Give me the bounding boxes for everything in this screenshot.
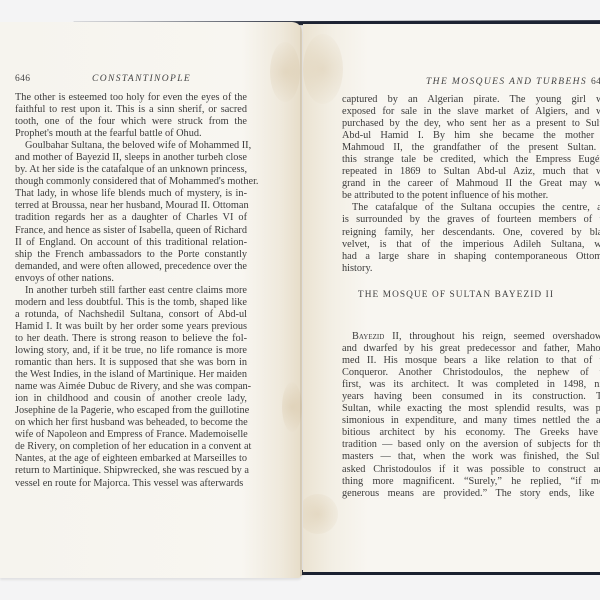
text-line: romantic than hers. It is supposed that … (15, 357, 247, 369)
left-page-body: The other is esteemed too holy for even … (15, 92, 247, 490)
text-line: Nantes, at the age of eighteen embarked … (15, 453, 247, 465)
right-page: THE MOSQUES AND TURBEHS 647 captured by … (303, 24, 600, 572)
text-line: the West Indies, in the island of Martin… (15, 369, 247, 381)
text-line: tradition regards her as a daughter of C… (15, 212, 247, 224)
text-line: is surrounded by the graves of fourteen … (342, 214, 600, 226)
text-line: be attributed to the potent influence of… (342, 190, 600, 202)
text-line: The other is esteemed too holy for even … (15, 92, 247, 104)
text-line: history. (342, 263, 600, 275)
text-line: by. At her side is the catafalque of an … (15, 164, 247, 176)
text-line: Sultan, while exacting the most splendid… (342, 403, 600, 415)
text-line: Josephine de la Pagerie, who escaped fro… (15, 405, 247, 417)
text-line: The catafalque of the Sultana occupies t… (342, 202, 600, 214)
text-line: Prophet's mouth at the fearful battle of… (15, 128, 247, 140)
left-page-number: 646 (15, 74, 30, 84)
open-book-scene: 646 CONSTANTINOPLE The other is esteemed… (0, 0, 600, 600)
text-line: this strange tale be credited, which the… (342, 154, 600, 166)
text-line: Bayezid II, throughout his reign, seemed… (342, 331, 600, 343)
text-line: reigning family, her descendants. One, c… (342, 227, 600, 239)
foxing-stain (270, 42, 300, 102)
text-line: and dwarfed by his great predecessor and… (342, 343, 600, 355)
text-line: Conqueror. Another Christodoulos, the ne… (342, 367, 600, 379)
text-line: name was Aimée Dubuc de Rivery, and she … (15, 381, 247, 393)
text-line: exposed for sale in the slave market of … (342, 106, 600, 118)
running-title-text: THE MOSQUES AND TURBEHS (426, 77, 587, 87)
text-line: demanded, and were often allowed, preced… (15, 261, 247, 273)
text-line: Goulbahar Sultana, the beloved wife of M… (15, 140, 247, 152)
text-line: and mother of Bayezid II, sleeps in anot… (15, 152, 247, 164)
text-line: Hamid I. It was built by her order some … (15, 321, 247, 333)
text-line: lowing story, and, if it be true, no lif… (15, 345, 247, 357)
text-line: II of England. On account of this tradit… (15, 237, 247, 249)
text-line: generous means are provided.” The story … (342, 488, 600, 500)
text-line: captured by an Algerian pirate. The youn… (342, 94, 600, 106)
text-line: purchased by the dey, who sent her as a … (342, 118, 600, 130)
text-line: That lady, in whose life blends much of … (15, 188, 247, 200)
text-line: Abd-ul Hamid I. By him she became the mo… (342, 130, 600, 142)
text-line: Mahmoud II, the grandfather of the prese… (342, 142, 600, 154)
text-line: tooth, one of the four which were struck… (15, 116, 247, 128)
text-line: ion in childhood and cousin of another c… (15, 393, 247, 405)
text-line: tradition — based only on the aversion o… (342, 439, 600, 451)
foxing-stain (282, 382, 302, 432)
text-line: bitious architect by his economy. The Gr… (342, 427, 600, 439)
text-line: simonious in expenditure, and many times… (342, 415, 600, 427)
text-line: France, and hence as sister of Isabella,… (15, 225, 247, 237)
left-page: 646 CONSTANTINOPLE The other is esteemed… (0, 22, 302, 578)
text-line: In another turbeh still farther east cen… (15, 285, 247, 297)
text-line: first, was its architect. It was complet… (342, 379, 600, 391)
text-line: repeated in 1869 to Sultan Abd-ul Aziz, … (342, 166, 600, 178)
text-line: a rotunda, of Nachshedil Sultana, consor… (15, 309, 247, 321)
text-line: to her death. There is strong reason to … (15, 333, 247, 345)
text-line: de Rivery, on completion of her educatio… (15, 441, 247, 453)
right-page-number: 647 (591, 77, 600, 87)
foxing-stain (303, 34, 343, 104)
text-line: years having been consumed in its constr… (342, 391, 600, 403)
right-page-body-bottom: Bayezid II, throughout his reign, seemed… (342, 331, 600, 500)
text-line: grand in the career of Mahmoud II the Gr… (342, 178, 600, 190)
foxing-stain (303, 494, 338, 534)
text-line: velvet, is that of the imperious Adileh … (342, 239, 600, 251)
text-line: med II. His mosque bears a like relation… (342, 355, 600, 367)
text-line: return to Martinique. Shipwrecked, she w… (15, 465, 247, 477)
running-title-text: CONSTANTINOPLE (92, 74, 191, 84)
text-line: wife of Napoleon and Empress of France. … (15, 429, 247, 441)
text-line: ship the French ambassadors to the Porte… (15, 249, 247, 261)
left-running-title: CONSTANTINOPLE (92, 74, 191, 84)
text-line: thing more magnificent. “Surely,” he rep… (342, 476, 600, 488)
right-running-title: THE MOSQUES AND TURBEHS (426, 77, 587, 87)
text-line: masters — that, when the work was finish… (342, 451, 600, 463)
text-line: terred at Broussa, near her husband, Mou… (15, 200, 247, 212)
text-line: on which her first husband was beheaded,… (15, 417, 247, 429)
section-heading: THE MOSQUE OF SULTAN BAYEZID II (342, 290, 570, 300)
text-line: vessel en route for Majorca. This vessel… (15, 478, 247, 490)
text-line: asked Christodoulos if it was possible t… (342, 464, 600, 476)
right-page-body-top: captured by an Algerian pirate. The youn… (342, 94, 600, 275)
text-line: though commonly considered that of Moham… (15, 176, 247, 188)
drop-word: Bayezid (352, 331, 384, 342)
text-line: had a large share in shaping contemporan… (342, 251, 600, 263)
text-line: modern and less doubtful. This is the to… (15, 297, 247, 309)
text-line: envoys of other nations. (15, 273, 247, 285)
text-line: faithful to rest upon it. This is a sinn… (15, 104, 247, 116)
